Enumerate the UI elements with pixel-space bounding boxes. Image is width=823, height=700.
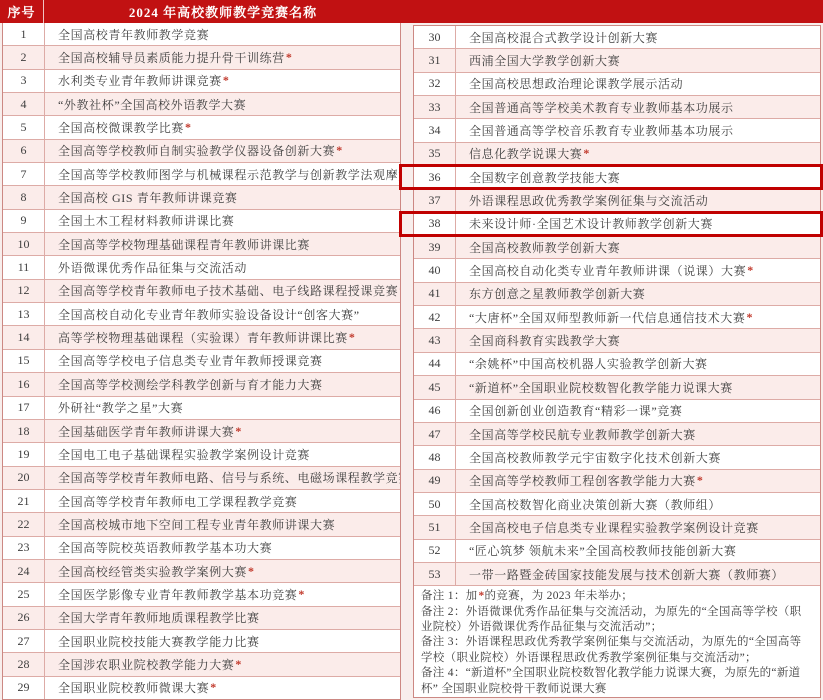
asterisk: * xyxy=(336,143,343,158)
table-row: 10全国高等学校物理基础课程青年教师讲课比赛 xyxy=(3,233,400,256)
table-row: 2全国高校辅导员素质能力提升骨干训练营* xyxy=(3,46,400,69)
table-row: 16全国高等学校测绘学科教学创新与育才能力大赛 xyxy=(3,373,400,396)
table-row: 19全国电工电子基础课程实验教学案例设计竞赛 xyxy=(3,443,400,466)
row-name: 全国普通高等学校美术教育专业教师基本功展示 xyxy=(456,96,820,118)
table-row: 5全国高校微课教学比赛* xyxy=(3,116,400,139)
row-number: 52 xyxy=(414,540,456,562)
row-number: 25 xyxy=(3,583,45,605)
table-row: 25全国医学影像专业青年教师教学基本功竞赛* xyxy=(3,583,400,606)
note-line: 备注 1：加*的竞赛，为 2023 年未举办； xyxy=(421,589,812,604)
notes-section: 备注 1：加*的竞赛，为 2023 年未举办；备注 2：外语微课优秀作品征集与交… xyxy=(414,585,820,697)
row-number: 4 xyxy=(3,93,45,115)
table-row: 37外语课程思政优秀教学案例征集与交流活动 xyxy=(414,189,820,212)
table-row: 7全国高等学校教师图学与机械课程示范教学与创新教学法观摩竞赛 xyxy=(3,163,400,186)
table-row: 24全国高校经管类实验教学案例大赛* xyxy=(3,560,400,583)
table-header: 序号 2024 年高校教师教学竞赛名称 xyxy=(0,0,823,23)
row-number: 22 xyxy=(3,513,45,535)
row-name: 全国高等学校青年教师电工学课程教学竞赛 xyxy=(45,490,400,512)
table-row: 12全国高等学校青年教师电子技术基础、电子线路课程授课竞赛* xyxy=(3,280,400,303)
row-number: 42 xyxy=(414,306,456,328)
row-name: 全国高等学校教师自制实验教学仪器设备创新大赛* xyxy=(45,140,400,162)
table-row: 40全国高校自动化类专业青年教师讲课（说课）大赛* xyxy=(414,259,820,282)
table-row: 43全国商科教育实践教学大赛 xyxy=(414,329,820,352)
row-number: 45 xyxy=(414,376,456,398)
table-row: 49全国高等学校教师工程创客教学能力大赛* xyxy=(414,470,820,493)
row-name: 全国高校自动化类专业青年教师讲课（说课）大赛* xyxy=(456,259,820,281)
row-name: 外语微课优秀作品征集与交流活动 xyxy=(45,256,400,278)
row-name: 全国数字创意教学技能大赛 xyxy=(456,166,820,188)
table-row: 48全国高校教师教学元宇宙数字化技术创新大赛 xyxy=(414,446,820,469)
asterisk: * xyxy=(235,424,242,439)
row-number: 30 xyxy=(414,26,456,48)
row-name: 高等学校物理基础课程（实验课）青年教师讲课比赛* xyxy=(45,326,400,348)
row-name: “余姚杯”中国高校机器人实验教学创新大赛 xyxy=(456,353,820,375)
table-row: 38未来设计师·全国艺术设计教师教学创新大赛 xyxy=(414,213,820,236)
row-name: 全国高校教师教学元宇宙数字化技术创新大赛 xyxy=(456,446,820,468)
row-number: 36 xyxy=(414,166,456,188)
table-row: 27全国职业院校技能大赛教学能力比赛 xyxy=(3,630,400,653)
row-number: 24 xyxy=(3,560,45,582)
table-row: 47全国高等学校民航专业教师教学创新大赛 xyxy=(414,423,820,446)
table-row: 32全国高校思想政治理论课教学展示活动 xyxy=(414,73,820,96)
row-number: 27 xyxy=(3,630,45,652)
row-number: 37 xyxy=(414,189,456,211)
row-number: 12 xyxy=(3,280,45,302)
row-number: 15 xyxy=(3,350,45,372)
row-name: “匠心筑梦 领航未来”全国高校教师技能创新大赛 xyxy=(456,540,820,562)
table-row: 6全国高等学校教师自制实验教学仪器设备创新大赛* xyxy=(3,140,400,163)
competition-table-right: 30全国高校混合式教学设计创新大赛31西浦全国大学教学创新大赛32全国高校思想政… xyxy=(413,25,821,698)
row-name: 一带一路暨金砖国家技能发展与技术创新大赛（教师赛） xyxy=(456,563,820,585)
table-row: 11外语微课优秀作品征集与交流活动 xyxy=(3,256,400,279)
asterisk: * xyxy=(583,146,590,161)
table-row: 29全国职业院校教师微课大赛* xyxy=(3,677,400,699)
competition-table-right-rows: 30全国高校混合式教学设计创新大赛31西浦全国大学教学创新大赛32全国高校思想政… xyxy=(414,26,820,585)
row-name: 全国高等学校教师图学与机械课程示范教学与创新教学法观摩竞赛 xyxy=(45,163,400,185)
row-name: 全国高等学校青年教师电子技术基础、电子线路课程授课竞赛* xyxy=(45,280,400,302)
row-number: 14 xyxy=(3,326,45,348)
table-row: 52“匠心筑梦 领航未来”全国高校教师技能创新大赛 xyxy=(414,540,820,563)
row-number: 11 xyxy=(3,256,45,278)
row-number: 51 xyxy=(414,516,456,538)
table-row: 9全国土木工程材料教师讲课比赛 xyxy=(3,210,400,233)
table-row: 41东方创意之星教师教学创新大赛 xyxy=(414,283,820,306)
row-number: 40 xyxy=(414,259,456,281)
row-name: 全国高等学校物理基础课程青年教师讲课比赛 xyxy=(45,233,400,255)
row-name: 东方创意之星教师教学创新大赛 xyxy=(456,283,820,305)
column-gap xyxy=(401,23,413,700)
row-number: 50 xyxy=(414,493,456,515)
row-number: 41 xyxy=(414,283,456,305)
row-name: 全国高校辅导员素质能力提升骨干训练营* xyxy=(45,46,400,68)
column-header-serial: 序号 xyxy=(0,0,44,23)
row-name: 信息化教学说课大赛* xyxy=(456,143,820,165)
table-row: 42“大唐杯”全国双师型教师新一代信息通信技术大赛* xyxy=(414,306,820,329)
competition-table-left: 1全国高校青年教师教学竞赛2全国高校辅导员素质能力提升骨干训练营*3水利类专业青… xyxy=(2,23,401,700)
row-name: 未来设计师·全国艺术设计教师教学创新大赛 xyxy=(456,213,820,235)
row-name: 全国高等学校电子信息类专业青年教师授课竞赛 xyxy=(45,350,400,372)
table-row: 18全国基础医学青年教师讲课大赛* xyxy=(3,420,400,443)
row-name: 全国高校数智化商业决策创新大赛（教师组） xyxy=(456,493,820,515)
table-row: 53一带一路暨金砖国家技能发展与技术创新大赛（教师赛） xyxy=(414,563,820,585)
row-number: 38 xyxy=(414,213,456,235)
row-number: 16 xyxy=(3,373,45,395)
row-name: 外语课程思政优秀教学案例征集与交流活动 xyxy=(456,189,820,211)
row-number: 7 xyxy=(3,163,45,185)
asterisk: * xyxy=(210,680,217,695)
table-row: 50全国高校数智化商业决策创新大赛（教师组） xyxy=(414,493,820,516)
row-number: 19 xyxy=(3,443,45,465)
row-number: 5 xyxy=(3,116,45,138)
row-number: 29 xyxy=(3,677,45,699)
row-name: 全国高等学校教师工程创客教学能力大赛* xyxy=(456,470,820,492)
table-row: 44“余姚杯”中国高校机器人实验教学创新大赛 xyxy=(414,353,820,376)
table-body: 1全国高校青年教师教学竞赛2全国高校辅导员素质能力提升骨干训练营*3水利类专业青… xyxy=(0,23,823,700)
row-name: “新道杯”全国职业院校数智化教学能力说课大赛 xyxy=(456,376,820,398)
row-name: 全国高等学校民航专业教师教学创新大赛 xyxy=(456,423,820,445)
row-name: 全国高校混合式教学设计创新大赛 xyxy=(456,26,820,48)
row-name: 全国基础医学青年教师讲课大赛* xyxy=(45,420,400,442)
row-number: 13 xyxy=(3,303,45,325)
asterisk: * xyxy=(746,310,753,325)
note-line: 备注 2：外语微课优秀作品征集与交流活动，为原先的“全国高等学校（职业院校）外语… xyxy=(421,605,812,636)
header-bar-extension xyxy=(402,0,823,23)
row-number: 32 xyxy=(414,73,456,95)
row-number: 28 xyxy=(3,653,45,675)
row-number: 2 xyxy=(3,46,45,68)
row-number: 47 xyxy=(414,423,456,445)
table-row: 28全国涉农职业院校教学能力大赛* xyxy=(3,653,400,676)
column-header-title: 2024 年高校教师教学竞赛名称 xyxy=(44,0,402,23)
row-name: 全国职业院校教师微课大赛* xyxy=(45,677,400,699)
table-row: 35信息化教学说课大赛* xyxy=(414,143,820,166)
row-name: 全国高校微课教学比赛* xyxy=(45,116,400,138)
table-row: 39全国高校教师教学创新大赛 xyxy=(414,236,820,259)
row-name: 全国高校经管类实验教学案例大赛* xyxy=(45,560,400,582)
row-name: 全国高等学校测绘学科教学创新与育才能力大赛 xyxy=(45,373,400,395)
row-name: 全国高等院校英语教师教学基本功大赛 xyxy=(45,537,400,559)
asterisk: * xyxy=(286,50,293,65)
row-name: 全国高等学校青年教师电路、信号与系统、电磁场课程教学竞赛* xyxy=(45,467,400,489)
row-number: 1 xyxy=(3,23,45,45)
row-number: 33 xyxy=(414,96,456,118)
table-row: 15全国高等学校电子信息类专业青年教师授课竞赛 xyxy=(3,350,400,373)
row-number: 23 xyxy=(3,537,45,559)
note-line: 备注 3：外语课程思政优秀教学案例征集与交流活动，为原先的“全国高等学校（职业院… xyxy=(421,635,812,666)
table-row: 36全国数字创意教学技能大赛 xyxy=(414,166,820,189)
asterisk: * xyxy=(298,587,305,602)
table-row: 45“新道杯”全国职业院校数智化教学能力说课大赛 xyxy=(414,376,820,399)
row-name: 全国高校教师教学创新大赛 xyxy=(456,236,820,258)
table-row: 46全国创新创业创造教育“精彩一课”竞赛 xyxy=(414,400,820,423)
row-number: 48 xyxy=(414,446,456,468)
row-name: 全国高校 GIS 青年教师讲课竞赛 xyxy=(45,186,400,208)
row-name: 全国创新创业创造教育“精彩一课”竞赛 xyxy=(456,400,820,422)
asterisk: * xyxy=(248,564,255,579)
table-row: 33全国普通高等学校美术教育专业教师基本功展示 xyxy=(414,96,820,119)
table-row: 4“外教社杯”全国高校外语教学大赛 xyxy=(3,93,400,116)
row-name: 全国医学影像专业青年教师教学基本功竞赛* xyxy=(45,583,400,605)
asterisk: * xyxy=(223,73,230,88)
table-row: 3水利类专业青年教师讲课竞赛* xyxy=(3,70,400,93)
row-number: 21 xyxy=(3,490,45,512)
row-number: 31 xyxy=(414,49,456,71)
row-name: 全国普通高等学校音乐教育专业教师基本功展示 xyxy=(456,119,820,141)
row-number: 18 xyxy=(3,420,45,442)
table-row: 13全国高校自动化专业青年教师实验设备设计“创客大赛” xyxy=(3,303,400,326)
row-name: 全国电工电子基础课程实验教学案例设计竞赛 xyxy=(45,443,400,465)
asterisk: * xyxy=(235,657,242,672)
table-row: 22全国高校城市地下空间工程专业青年教师讲课大赛 xyxy=(3,513,400,536)
row-number: 26 xyxy=(3,607,45,629)
table-row: 51全国高校电子信息类专业课程实验教学案例设计竞赛 xyxy=(414,516,820,539)
row-name: “外教社杯”全国高校外语教学大赛 xyxy=(45,93,400,115)
table-row: 26全国大学青年教师地质课程教学比赛 xyxy=(3,607,400,630)
note-line: 备注 4：“新道杯”全国职业院校数智化教学能力说课大赛，为原先的“新道杯” 全国… xyxy=(421,666,812,697)
row-number: 35 xyxy=(414,143,456,165)
row-name: 全国高校城市地下空间工程专业青年教师讲课大赛 xyxy=(45,513,400,535)
table-row: 30全国高校混合式教学设计创新大赛 xyxy=(414,26,820,49)
row-number: 53 xyxy=(414,563,456,585)
asterisk: * xyxy=(349,330,356,345)
row-number: 3 xyxy=(3,70,45,92)
table-row: 23全国高等院校英语教师教学基本功大赛 xyxy=(3,537,400,560)
competition-list-page: 序号 2024 年高校教师教学竞赛名称 1全国高校青年教师教学竞赛2全国高校辅导… xyxy=(0,0,823,700)
row-name: 水利类专业青年教师讲课竞赛* xyxy=(45,70,400,92)
row-number: 8 xyxy=(3,186,45,208)
row-name: 全国土木工程材料教师讲课比赛 xyxy=(45,210,400,232)
row-name: 全国涉农职业院校教学能力大赛* xyxy=(45,653,400,675)
row-name: 全国高校思想政治理论课教学展示活动 xyxy=(456,73,820,95)
row-name: 全国高校青年教师教学竞赛 xyxy=(45,23,400,45)
table-row: 31西浦全国大学教学创新大赛 xyxy=(414,49,820,72)
table-row: 20全国高等学校青年教师电路、信号与系统、电磁场课程教学竞赛* xyxy=(3,467,400,490)
table-row: 8全国高校 GIS 青年教师讲课竞赛 xyxy=(3,186,400,209)
row-number: 6 xyxy=(3,140,45,162)
asterisk: * xyxy=(697,473,704,488)
row-number: 39 xyxy=(414,236,456,258)
row-name: 全国商科教育实践教学大赛 xyxy=(456,329,820,351)
table-row: 21全国高等学校青年教师电工学课程教学竞赛 xyxy=(3,490,400,513)
row-number: 43 xyxy=(414,329,456,351)
table-row: 14高等学校物理基础课程（实验课）青年教师讲课比赛* xyxy=(3,326,400,349)
row-name: 全国职业院校技能大赛教学能力比赛 xyxy=(45,630,400,652)
row-name: 外研社“教学之星”大赛 xyxy=(45,397,400,419)
row-number: 44 xyxy=(414,353,456,375)
row-number: 9 xyxy=(3,210,45,232)
row-name: 全国大学青年教师地质课程教学比赛 xyxy=(45,607,400,629)
row-name: “大唐杯”全国双师型教师新一代信息通信技术大赛* xyxy=(456,306,820,328)
asterisk: * xyxy=(185,120,192,135)
asterisk: * xyxy=(399,283,400,298)
asterisk: * xyxy=(747,263,754,278)
row-number: 49 xyxy=(414,470,456,492)
row-number: 10 xyxy=(3,233,45,255)
row-name: 西浦全国大学教学创新大赛 xyxy=(456,49,820,71)
table-row: 17外研社“教学之星”大赛 xyxy=(3,397,400,420)
table-row: 1全国高校青年教师教学竞赛 xyxy=(3,23,400,46)
row-name: 全国高校自动化专业青年教师实验设备设计“创客大赛” xyxy=(45,303,400,325)
table-row: 34全国普通高等学校音乐教育专业教师基本功展示 xyxy=(414,119,820,142)
row-number: 20 xyxy=(3,467,45,489)
row-number: 46 xyxy=(414,400,456,422)
row-number: 34 xyxy=(414,119,456,141)
row-name: 全国高校电子信息类专业课程实验教学案例设计竞赛 xyxy=(456,516,820,538)
row-number: 17 xyxy=(3,397,45,419)
